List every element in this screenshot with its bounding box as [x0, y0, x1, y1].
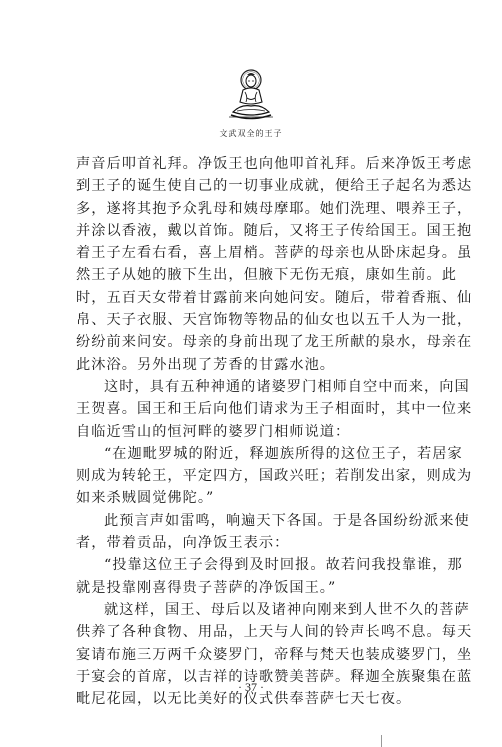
text-line: “投靠这位王子会得到及时回报。故若问我投靠谁，那: [76, 554, 436, 576]
text-line: 就这样，国王、母后以及诸神向刚来到人世不久的菩萨: [76, 599, 436, 621]
running-head: 文武双全的王子: [0, 128, 502, 139]
text-line: 供养了各种食物、用品，上天与人间的铃声长鸣不息。每天: [76, 621, 436, 643]
text-line: 多，遂将其抱予众乳母和姨母摩耶。她们洗理、喂养王子，: [76, 198, 436, 220]
text-line: 帛、天子衣服、天宫饰物等物品的仙女也以五千人为一批，: [76, 309, 436, 331]
page-number: · 37 ·: [0, 680, 502, 695]
text-line: 着王子左看右看，喜上眉梢。菩萨的母亲也从卧床起身。虽: [76, 242, 436, 264]
text-line: 这时，具有五种神通的诸婆罗门相师自空中而来，向国: [76, 376, 436, 398]
seated-buddha-icon: [221, 66, 281, 126]
text-line: 自临近雪山的恒河畔的婆罗门相师说道：: [76, 421, 436, 443]
text-line: 如来杀贼圆觉佛陀。”: [76, 487, 436, 509]
text-line: 此沐浴。另外出现了芳香的甘露水池。: [76, 354, 436, 376]
text-line: 宴请布施三万两千众婆罗门，帝释与梵天也装成婆罗门，坐: [76, 644, 436, 666]
text-line: 声音后叩首礼拜。净饭王也向他叩首礼拜。后来净饭王考虑: [76, 153, 436, 175]
text-line: 时，五百天女带着甘露前来向她问安。随后，带着香瓶、仙: [76, 287, 436, 309]
text-line: 者，带着贡品，向净饭王表示：: [76, 532, 436, 554]
text-line: 到王子的诞生使自己的一切事业成就，便给王子起名为悉达: [76, 175, 436, 197]
text-line: “在迦毗罗城的附近，释迦族所得的这位王子，若居家: [76, 443, 436, 465]
text-line: 此预言声如雷鸣，响遍天下各国。于是各国纷纷派来使: [76, 510, 436, 532]
scan-mark: [381, 735, 382, 747]
text-line: 然王子从她的腋下生出，但腋下无伤无痕，康如生前。此: [76, 264, 436, 286]
text-line: 纷纷前来问安。母亲的身前出现了龙王所献的泉水，母亲在: [76, 331, 436, 353]
text-line: 王贺喜。国王和王后向他们请求为王子相面时，其中一位来: [76, 398, 436, 420]
text-line: 则成为转轮王，平定四方，国政兴旺；若削发出家，则成为: [76, 465, 436, 487]
body-text: 声音后叩首礼拜。净饭王也向他叩首礼拜。后来净饭王考虑到王子的诞生使自己的一切事业…: [76, 153, 436, 710]
text-line: 并涂以香液，戴以首饰。随后，又将王子传给国王。国王抱: [76, 220, 436, 242]
text-line: 就是投靠刚喜得贵子菩萨的净饭国王。”: [76, 577, 436, 599]
